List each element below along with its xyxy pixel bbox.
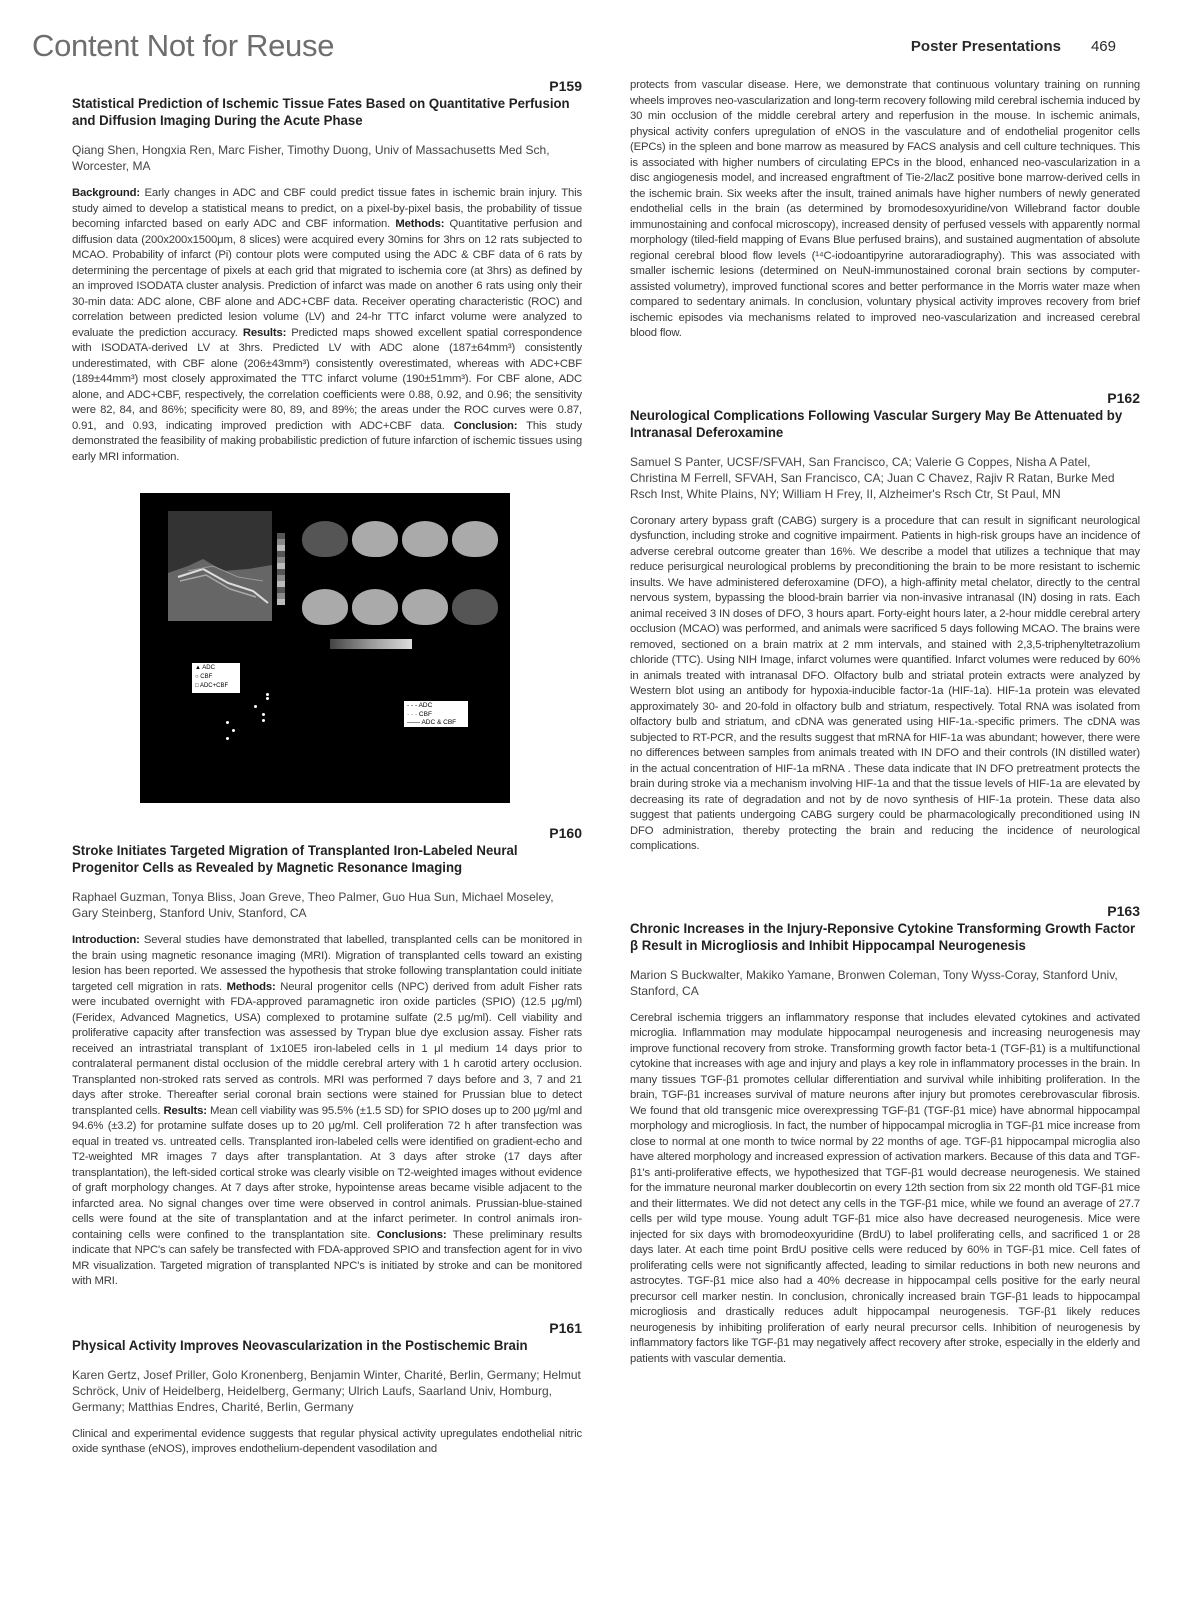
section-label: Conclusions:	[377, 1229, 447, 1241]
scatter-legend: ▲ ADC ○ CBF □ ADC+CBF	[192, 663, 240, 693]
abstract-authors: Raphael Guzman, Tonya Bliss, Joan Greve,…	[72, 889, 582, 921]
section-text: Predicted maps showed excellent spatial …	[72, 327, 582, 432]
abstract-p159: P159 Statistical Prediction of Ischemic …	[72, 78, 582, 803]
abstract-authors: Qiang Shen, Hongxia Ren, Marc Fisher, Ti…	[72, 142, 582, 174]
legend-item: ADC & CBF	[421, 719, 456, 726]
abstract-p161: P161 Physical Activity Improves Neovascu…	[72, 1320, 582, 1458]
brain-slice	[302, 589, 348, 625]
intensity-bar	[330, 639, 412, 649]
brain-slice	[452, 521, 498, 557]
section-label: Background:	[72, 187, 140, 199]
brain-slice	[302, 521, 348, 557]
abstract-authors: Marion S Buckwalter, Makiko Yamane, Bron…	[630, 967, 1140, 999]
abstract-body: Clinical and experimental evidence sugge…	[72, 1427, 582, 1458]
abstract-body-continued: protects from vascular disease. Here, we…	[630, 78, 1140, 342]
section-text: Neural progenitor cells (NPC) derived fr…	[72, 981, 582, 1117]
section-title: Poster Presentations	[911, 38, 1061, 55]
legend-item: CBF	[419, 711, 432, 718]
abstract-body: Background: Early changes in ADC and CBF…	[72, 186, 582, 465]
legend-item: CBF	[200, 674, 212, 680]
section-label: Methods:	[395, 218, 444, 230]
running-head: Poster Presentations469	[911, 38, 1116, 55]
watermark: Content Not for Reuse	[32, 28, 334, 64]
left-column: P159 Statistical Prediction of Ischemic …	[72, 78, 582, 1458]
abstract-body: Coronary artery bypass graft (CABG) surg…	[630, 514, 1140, 855]
abstract-title: Physical Activity Improves Neovasculariz…	[72, 1338, 584, 1355]
legend-item: ADC	[202, 665, 215, 671]
abstract-body: Cerebral ischemia triggers an inflammato…	[630, 1011, 1140, 1368]
page-number: 469	[1091, 38, 1116, 55]
abstract-id: P161	[72, 1320, 582, 1336]
brain-slice	[402, 589, 448, 625]
abstract-title: Neurological Complications Following Vas…	[630, 408, 1142, 442]
legend-item: ADC+CBF	[200, 683, 228, 689]
brain-slice	[352, 589, 398, 625]
right-column: protects from vascular disease. Here, we…	[630, 78, 1140, 1367]
abstract-p163: P163 Chronic Increases in the Injury-Rep…	[630, 903, 1140, 1368]
brain-slice	[452, 589, 498, 625]
abstract-id: P163	[630, 903, 1140, 919]
abstract-body: Introduction: Several studies have demon…	[72, 933, 582, 1290]
abstract-figure: ▲ ADC ○ CBF □ ADC+CBF - - - ADC · · · CB…	[140, 493, 510, 803]
abstract-id: P159	[72, 78, 582, 94]
abstract-title: Stroke Initiates Targeted Migration of T…	[72, 843, 584, 877]
section-label: Introduction:	[72, 934, 140, 946]
abstract-p162: P162 Neurological Complications Followin…	[630, 390, 1140, 855]
section-label: Methods:	[227, 981, 276, 993]
legend-item: ADC	[419, 702, 433, 709]
abstract-title: Statistical Prediction of Ischemic Tissu…	[72, 96, 584, 130]
section-text: Quantitative perfusion and diffusion dat…	[72, 218, 582, 339]
section-label: Conclusion:	[454, 420, 518, 432]
abstract-id: P160	[72, 825, 582, 841]
abstract-title: Chronic Increases in the Injury-Reponsiv…	[630, 921, 1142, 955]
section-label: Results:	[163, 1105, 206, 1117]
roc-legend: - - - ADC · · · CBF —— ADC & CBF	[404, 701, 468, 727]
contour-plot	[168, 511, 272, 621]
abstract-p160: P160 Stroke Initiates Targeted Migration…	[72, 825, 582, 1290]
abstract-id: P162	[630, 390, 1140, 406]
section-label: Results:	[243, 327, 286, 339]
brain-slice	[402, 521, 448, 557]
brain-slice	[352, 521, 398, 557]
section-text: Mean cell viability was 95.5% (±1.5 SD) …	[72, 1105, 582, 1241]
color-scale	[277, 533, 285, 605]
abstract-authors: Karen Gertz, Josef Priller, Golo Kronenb…	[72, 1367, 582, 1415]
abstract-authors: Samuel S Panter, UCSF/SFVAH, San Francis…	[630, 454, 1140, 502]
